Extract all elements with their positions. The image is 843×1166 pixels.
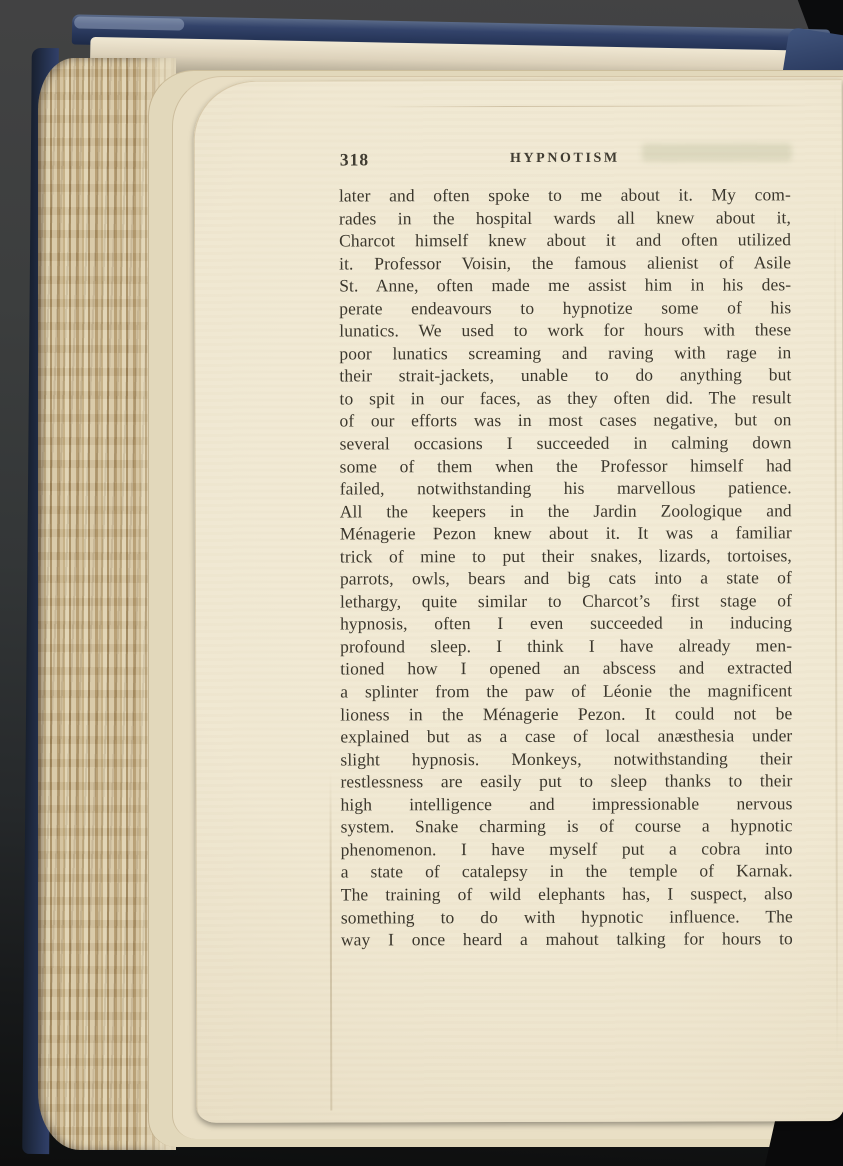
text-line: St. Anne, often made me assist him in hi… <box>339 273 791 297</box>
text-line: system. Snake charming is of course a hy… <box>341 815 793 839</box>
text-line: a state of catalepsy in the temple of Ka… <box>341 860 793 884</box>
text-line: explained but as a case of local anæsthe… <box>340 724 792 748</box>
text-line: parrots, owls, bears and big cats into a… <box>340 567 792 591</box>
text-line: lethargy, quite similar to Charcot’s fir… <box>340 589 792 613</box>
page-crease-right <box>834 199 838 1059</box>
page-number: 318 <box>340 149 369 170</box>
text-line: Charcot himself knew about it and often … <box>339 228 791 252</box>
text-line: some of them when the Professor himself … <box>340 454 792 478</box>
text-line: poor lunatics screaming and raving with … <box>339 341 791 365</box>
text-line: several occasions I succeeded in calming… <box>340 431 792 455</box>
page-crease-top <box>374 105 814 107</box>
text-line: their strait-jackets, unable to do anyth… <box>339 364 791 388</box>
text-line: The training of wild elephants has, I su… <box>341 882 793 906</box>
text-line: rades in the hospital wards all knew abo… <box>339 206 791 230</box>
text-line: lioness in the Ménagerie Pezon. It could… <box>340 702 792 726</box>
text-line: of our efforts was in most cases negativ… <box>339 409 791 433</box>
text-line: perate endeavours to hypnotize some of h… <box>339 296 791 320</box>
text-line: later and often spoke to me about it. My… <box>339 183 791 207</box>
page-header: 318 HYPNOTISM <box>339 148 791 167</box>
text-line: to spit in our faces, as they often did.… <box>339 386 791 410</box>
text-line: hypnosis, often I even succeeded in indu… <box>340 612 792 636</box>
text-line: All the keepers in the Jardin Zoologique… <box>340 499 792 523</box>
text-line: slight hypnosis. Monkeys, notwithstandin… <box>340 747 792 771</box>
text-line: a splinter from the paw of Léonie the ma… <box>340 679 792 703</box>
text-line: restlessness are easily put to sleep tha… <box>340 770 792 794</box>
page-crease-left <box>329 770 332 1110</box>
text-line: high intelligence and impressionable ner… <box>341 792 793 816</box>
text-line: way I once heard a mahout talking for ho… <box>341 927 793 951</box>
text-line: lunatics. We used to work for hours with… <box>339 319 791 343</box>
text-line: something to do with hypnotic influence.… <box>341 905 793 929</box>
text-line: it. Professor Voisin, the famous alienis… <box>339 251 791 275</box>
text-line: profound sleep. I think I have already m… <box>340 634 792 658</box>
book-page: 318 HYPNOTISM later and often spoke to m… <box>194 79 843 1123</box>
text-line: phenomenon. I have myself put a cobra in… <box>341 837 793 861</box>
book-photograph: 318 HYPNOTISM later and often spoke to m… <box>0 0 843 1166</box>
body-text: later and often spoke to me about it. My… <box>339 183 793 951</box>
running-title: HYPNOTISM <box>510 151 620 166</box>
text-line: tioned how I opened an abscess and extra… <box>340 657 792 681</box>
text-line: failed, notwithstanding his marvellous p… <box>340 476 792 500</box>
text-line: Ménagerie Pezon knew about it. It was a … <box>340 521 792 545</box>
text-line: trick of mine to put their snakes, lizar… <box>340 544 792 568</box>
